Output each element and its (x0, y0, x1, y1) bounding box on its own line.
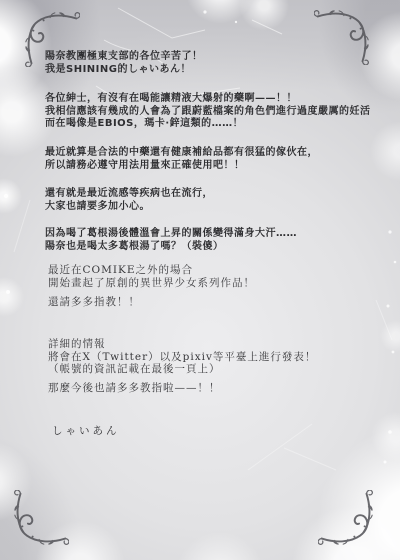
text-line: 大家也請要多加小心。 (45, 201, 213, 214)
paragraph-kakkonto: 因為喝了葛根湯後體溫會上昇的關係變得滿身大汗…… 陽奈也是喝太多葛根湯了嗎？（裝… (45, 228, 297, 253)
text-line: 將會在X（Twitter）以及pixiv等平臺上進行發表！ (48, 351, 316, 364)
corner-flourish-top-right (314, 9, 370, 65)
text-line: （帳號的資訊記載在最後一頁上） (48, 363, 316, 376)
text-line: 所以請務必遵守用法用量來正確使用吧！！ (45, 160, 318, 173)
text-line: 開始畫起了原創的異世界少女系列作品！ (48, 277, 255, 290)
afterword-page: 陽奈教團極東支部的各位辛苦了！ 我是SHINING的しゃいあん！ 各位紳士，有沒… (0, 0, 400, 560)
text-line: 各位紳士，有沒有在喝能讓精液大爆射的藥啊——！！ (45, 93, 371, 106)
text-line: 陽奈也是喝太多葛根湯了嗎？（裝傻） (45, 241, 297, 254)
paragraph-closing: 那麼今後也請多多教指啦——！！ (48, 382, 221, 395)
text-line: 還有就是最近流感等疾病也在流行， (45, 188, 213, 201)
text-line: 陽奈教團極東支部的各位辛苦了！ (45, 51, 203, 64)
text-line: 那麼今後也請多多教指啦——！！ (48, 382, 221, 395)
text-line: 而在喝像是EBIOS，瑪卡·鋅這類的……！ (45, 118, 371, 131)
text-line: 我相信應該有幾成的人會為了跟蔚藍檔案的角色們進行過度嚴厲的妊活 (45, 106, 371, 119)
text-line: 詳細的情報 (48, 338, 316, 351)
text-line: 我是SHINING的しゃいあん！ (45, 64, 203, 77)
paragraph-comike: 最近在COMIKE之外的場合 開始畫起了原創的異世界少女系列作品！ (48, 264, 255, 289)
text-line: 最近在COMIKE之外的場合 (48, 264, 255, 277)
paragraph-flu-warning: 還有就是最近流感等疾病也在流行， 大家也請要多加小心。 (45, 188, 213, 213)
paragraph-gentlemen: 各位紳士，有沒有在喝能讓精液大爆射的藥啊——！！ 我相信應該有幾成的人會為了跟蔚… (45, 93, 371, 131)
text-line: 最近就算是合法的中藥還有健康補給品都有很猛的傢伙在， (45, 147, 318, 160)
paragraph-regards: 還請多多指教！！ (48, 296, 140, 309)
text-line: 還請多多指教！！ (48, 296, 140, 309)
author-signature: しゃいあん (52, 423, 120, 438)
paragraph-medicine-warning: 最近就算是合法的中藥還有健康補給品都有很猛的傢伙在， 所以請務必遵守用法用量來正… (45, 147, 318, 172)
paragraph-greeting: 陽奈教團極東支部的各位辛苦了！ 我是SHINING的しゃいあん！ (45, 51, 203, 76)
corner-flourish-bottom-left (13, 490, 69, 546)
paragraph-sns-info: 詳細的情報 將會在X（Twitter）以及pixiv等平臺上進行發表！ （帳號的… (48, 338, 316, 376)
corner-flourish-bottom-right (318, 490, 374, 546)
text-line: 因為喝了葛根湯後體溫會上昇的關係變得滿身大汗…… (45, 228, 297, 241)
